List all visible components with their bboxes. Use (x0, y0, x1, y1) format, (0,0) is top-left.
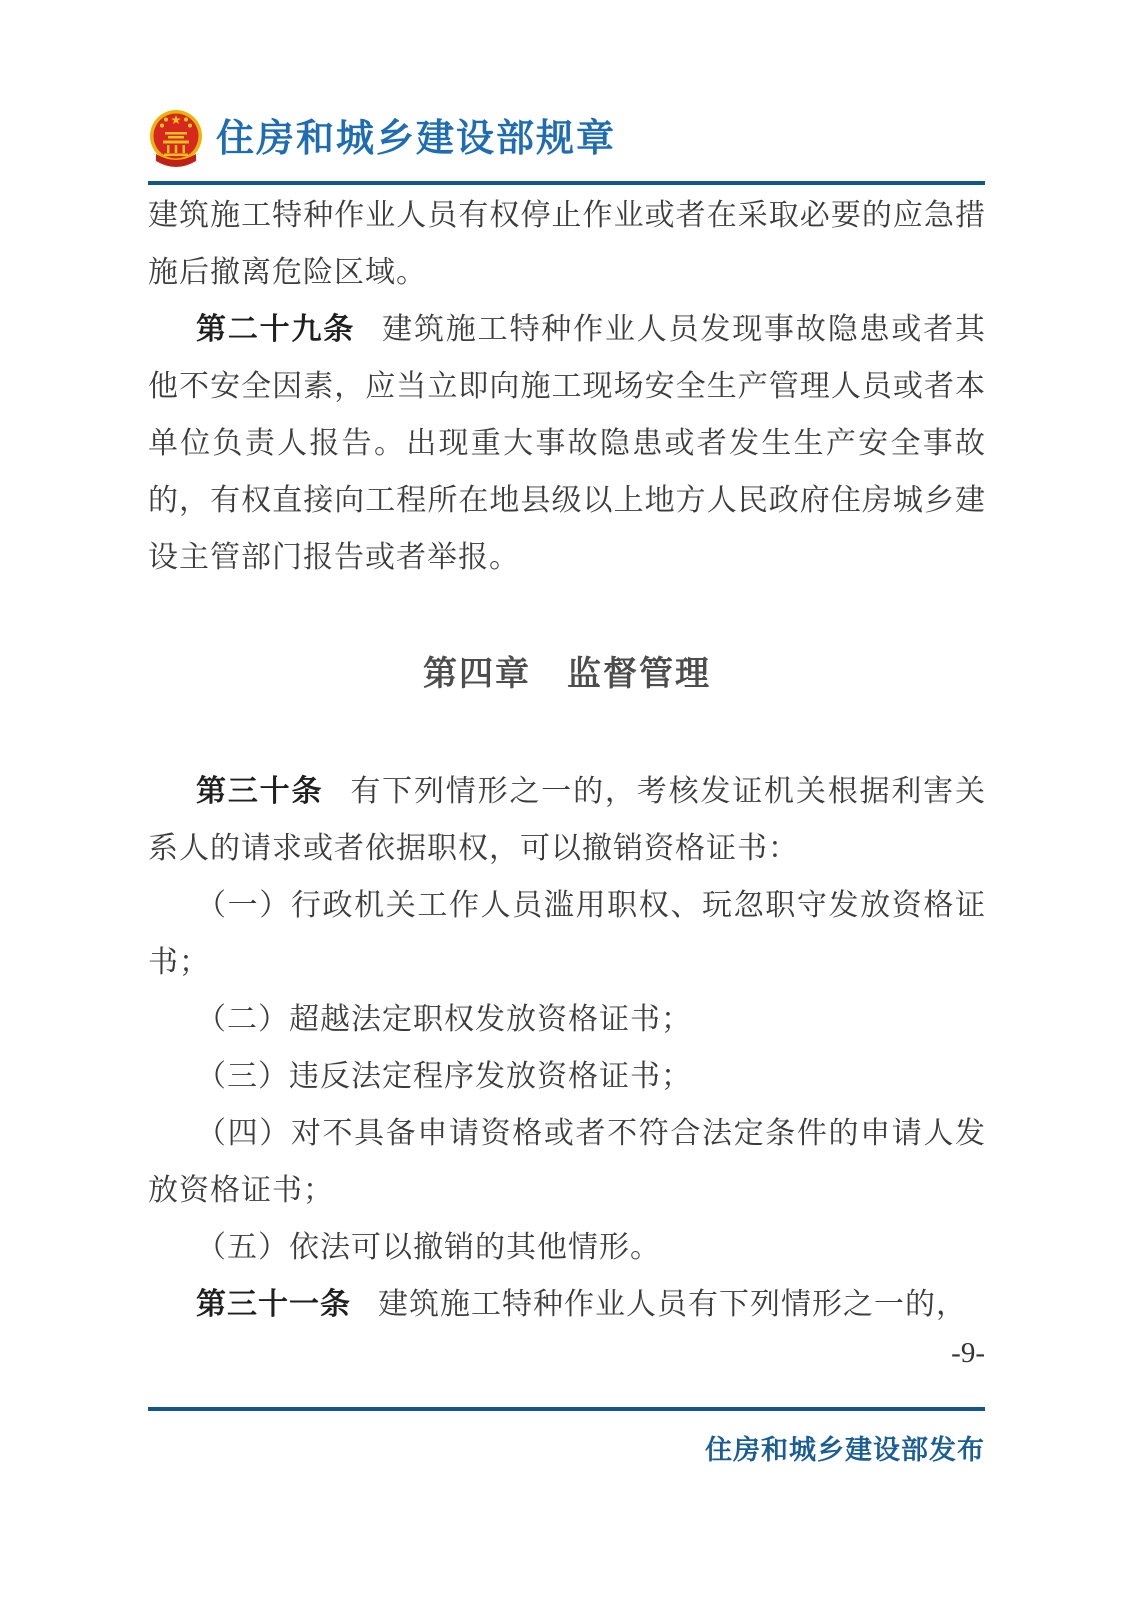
paragraph-continuation: 建筑施工特种作业人员有权停止作业或者在采取必要的应急措施后撤离危险区域。 (148, 187, 986, 301)
paragraph-text: 建筑施工特种作业人员有下列情形之一的， (378, 1288, 967, 1321)
article-number: 第二十九条 (196, 313, 355, 346)
chapter-heading: 第四章 监督管理 (148, 646, 986, 703)
paragraph-article-31: 第三十一条建筑施工特种作业人员有下列情形之一的， (148, 1276, 986, 1333)
header-divider (148, 181, 985, 185)
page-number: -9- (951, 1333, 985, 1373)
header-title: 住房和城乡建设部规章 (216, 120, 616, 158)
document-body: 建筑施工特种作业人员有权停止作业或者在采取必要的应急措施后撤离危险区域。 第二十… (148, 187, 986, 1333)
list-item-1: （一）行政机关工作人员滥用职权、玩忽职守发放资格证书； (148, 877, 986, 991)
paragraph-text: 建筑施工特种作业人员有权停止作业或者在采取必要的应急措施后撤离危险区域。 (148, 199, 986, 289)
document-page: 住房和城乡建设部规章 建筑施工特种作业人员有权停止作业或者在采取必要的应急措施后… (0, 0, 1131, 1600)
footer-publisher: 住房和城乡建设部发布 (705, 1428, 985, 1472)
list-item-2: （二）超越法定职权发放资格证书； (148, 991, 986, 1048)
list-item-3: （三）违反法定程序发放资格证书； (148, 1048, 986, 1105)
list-item-4: （四）对不具备申请资格或者不符合法定条件的申请人发放资格证书； (148, 1105, 986, 1219)
page-header: 住房和城乡建设部规章 (148, 108, 616, 170)
paragraph-text: （四）对不具备申请资格或者不符合法定条件的申请人发放资格证书； (148, 1117, 986, 1207)
article-number: 第三十一条 (196, 1288, 351, 1321)
paragraph-text: （三）违反法定程序发放资格证书； (196, 1060, 692, 1093)
paragraph-article-30: 第三十条有下列情形之一的，考核发证机关根据利害关系人的请求或者依据职权，可以撤销… (148, 763, 986, 877)
paragraph-text: （一）行政机关工作人员滥用职权、玩忽职守发放资格证书； (148, 889, 986, 979)
national-emblem-icon (148, 108, 204, 170)
list-item-5: （五）依法可以撤销的其他情形。 (148, 1219, 986, 1276)
paragraph-text: （五）依法可以撤销的其他情形。 (196, 1231, 661, 1264)
article-number: 第三十条 (196, 775, 323, 808)
paragraph-article-29: 第二十九条建筑施工特种作业人员发现事故隐患或者其他不安全因素，应当立即向施工现场… (148, 301, 986, 586)
paragraph-text: （二）超越法定职权发放资格证书； (196, 1003, 692, 1036)
paragraph-text: 建筑施工特种作业人员发现事故隐患或者其他不安全因素，应当立即向施工现场安全生产管… (148, 313, 986, 574)
footer-divider (148, 1407, 985, 1411)
